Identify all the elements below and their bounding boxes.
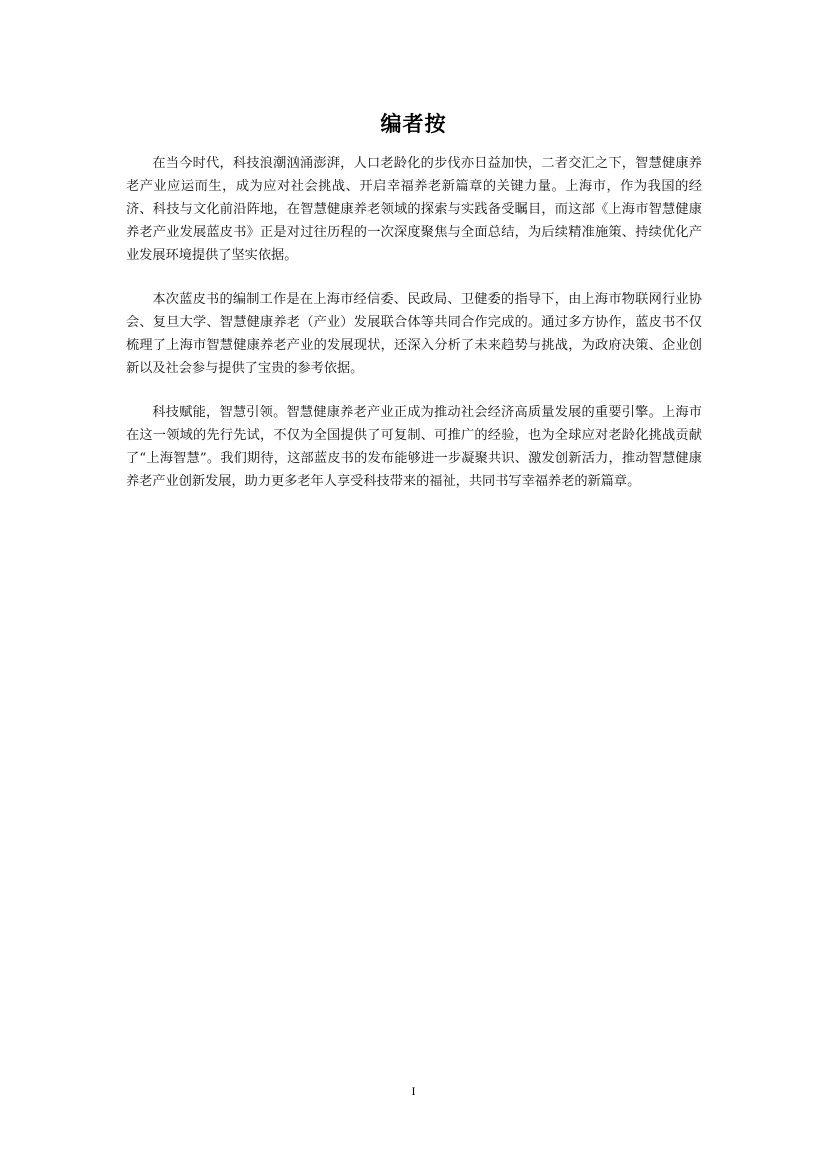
page-title: 编者按 xyxy=(0,108,827,138)
document-body: 在当今时代，科技浪潮汹涌澎湃，人口老龄化的步伐亦日益加快，二者交汇之下，智慧健康… xyxy=(126,152,702,514)
paragraph-2: 本次蓝皮书的编制工作是在上海市经信委、民政局、卫健委的指导下，由上海市物联网行业… xyxy=(126,288,702,380)
paragraph-3: 科技赋能，智慧引领。智慧健康养老产业正成为推动社会经济高质量发展的重要引擎。上海… xyxy=(126,401,702,493)
document-page: 编者按 在当今时代，科技浪潮汹涌澎湃，人口老龄化的步伐亦日益加快，二者交汇之下，… xyxy=(0,0,827,1169)
paragraph-1: 在当今时代，科技浪潮汹涌澎湃，人口老龄化的步伐亦日益加快，二者交汇之下，智慧健康… xyxy=(126,152,702,267)
page-number: I xyxy=(0,1084,827,1099)
